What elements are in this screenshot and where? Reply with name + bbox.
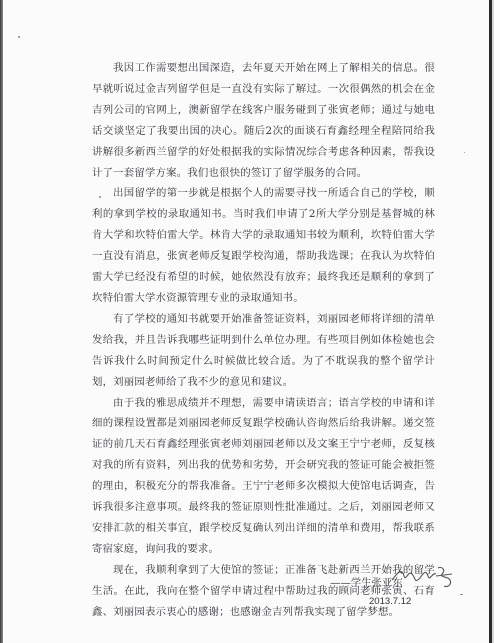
paragraph-intro: 我因工作需要想出国深造，去年夏天开始在网上了解相关的信息。很早就听说过金吉列留学…	[92, 58, 435, 183]
paragraph-thanks: 现在，我顺利拿到了大使馆的签证；正准备飞赴新西兰开始我的留学生活。在此，我向在整…	[92, 560, 435, 623]
paragraph-admission: 出国留学的第一步就是根据个人的需要寻找一所适合自己的学校，顺利的拿到学校的录取通…	[92, 183, 435, 308]
paragraph-visa-prep: 有了学校的通知书就要开始准备签证资料，刘丽园老师将详细的清单发给我，并且告诉我哪…	[92, 309, 435, 393]
handwritten-signature	[390, 562, 460, 592]
scan-left-edge	[0, 0, 3, 643]
scan-speck	[464, 152, 465, 153]
scan-speck	[18, 36, 20, 38]
testimonial-letter: 我因工作需要想出国深造，去年夏天开始在网上了解相关的信息。很早就听说过金吉列留学…	[92, 58, 435, 622]
letter-date: 2013.7.12	[369, 596, 411, 607]
scan-speck	[460, 594, 463, 595]
paragraph-language-school: 由于我的雅思成绩并不理想，需要申请读语言；语言学校的申请和详细的课程设置都是刘丽…	[92, 393, 435, 560]
